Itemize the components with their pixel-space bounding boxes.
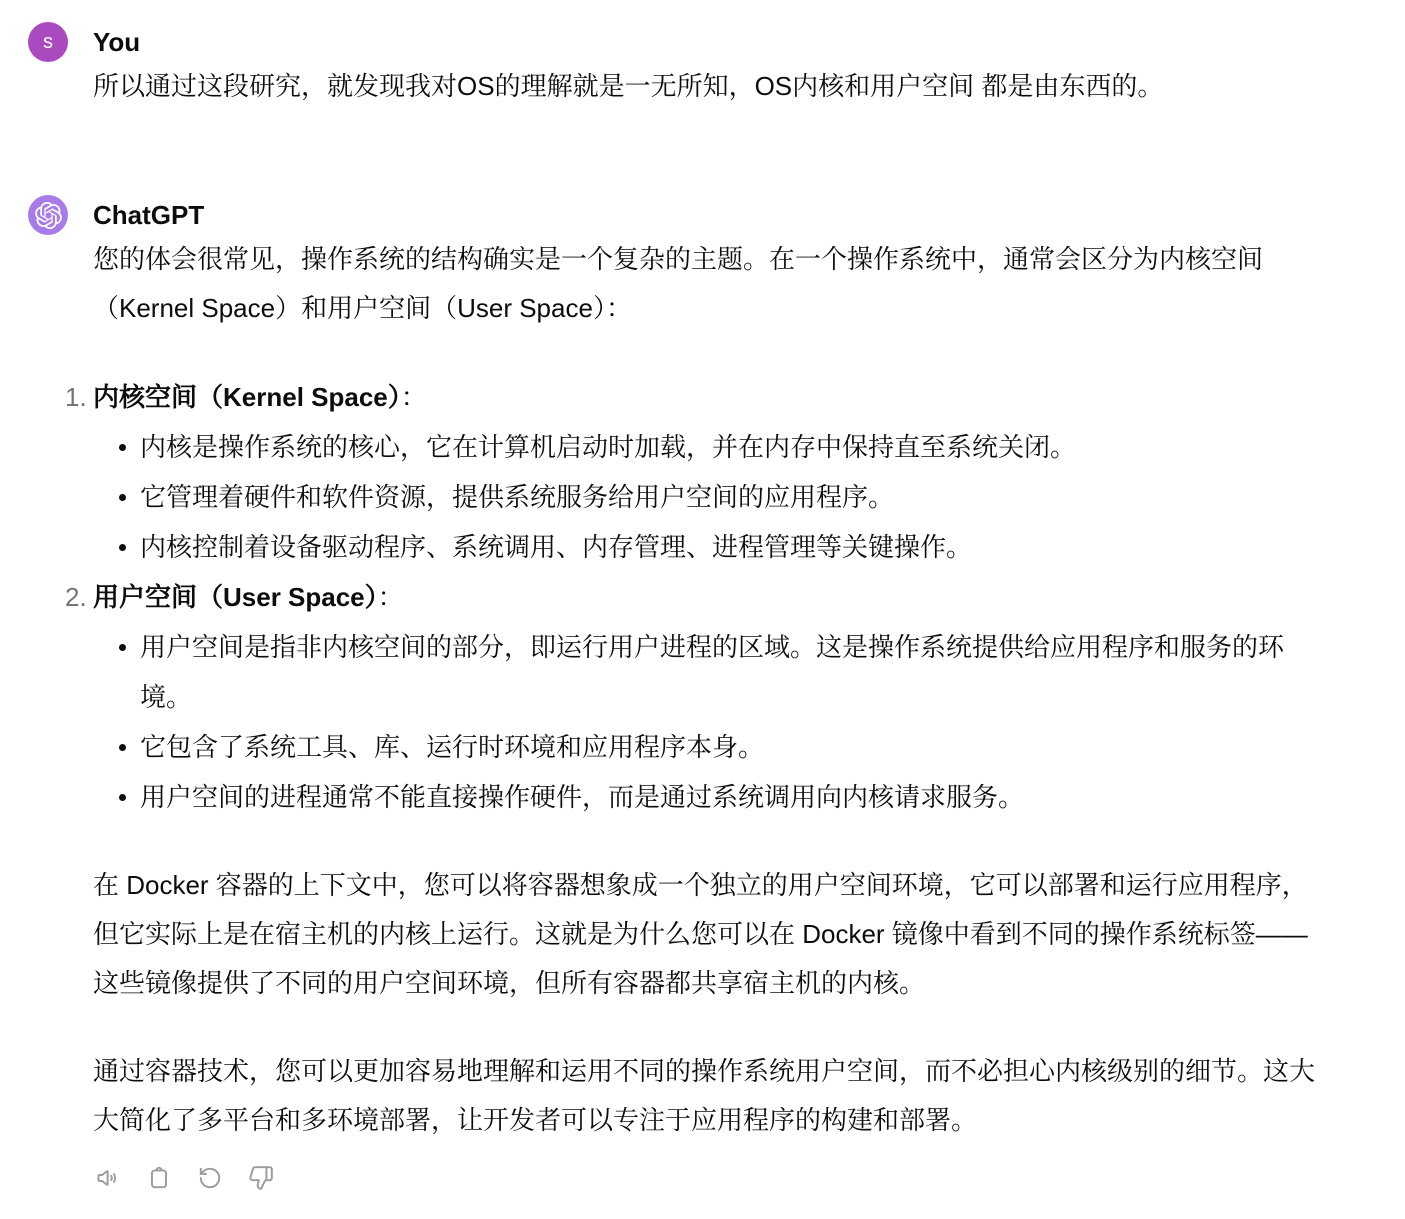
bullet-item: 用户空间是指非内核空间的部分，即运行用户进程的区域。这是操作系统提供给应用程序和… [140, 622, 1333, 722]
user-message-text: 所以通过这段研究，就发现我对OS的理解就是一无所知，OS内核和用户空间 都是由东… [93, 62, 1333, 111]
list-title-bold: 内核空间（Kernel Space） [93, 382, 401, 412]
bad-response-button[interactable] [248, 1165, 274, 1191]
bullet-item: 它管理着硬件和软件资源，提供系统服务给用户空间的应用程序。 [140, 472, 1333, 522]
list-number: 1. [65, 372, 87, 422]
rotate-ccw-icon [197, 1165, 223, 1191]
bullet-item: 内核是操作系统的核心，它在计算机启动时加载，并在内存中保持直至系统关闭。 [140, 422, 1333, 472]
user-avatar-letter: s [43, 32, 53, 52]
message-actions [95, 1165, 1333, 1191]
user-space-bullets: 用户空间是指非内核空间的部分，即运行用户进程的区域。这是操作系统提供给应用程序和… [93, 622, 1333, 822]
openai-logo-icon [35, 202, 62, 229]
assistant-name: ChatGPT [93, 195, 1333, 235]
assistant-paragraph-docker: 在 Docker 容器的上下文中，您可以将容器想象成一个独立的用户空间环境，它可… [93, 861, 1333, 1008]
speaker-icon [95, 1165, 121, 1191]
kernel-space-bullets: 内核是操作系统的核心，它在计算机启动时加载，并在内存中保持直至系统关闭。 它管理… [93, 422, 1333, 572]
chat-thread: s You 所以通过这段研究，就发现我对OS的理解就是一无所知，OS内核和用户空… [0, 0, 1405, 1191]
read-aloud-button[interactable] [95, 1165, 121, 1191]
regenerate-button[interactable] [197, 1165, 223, 1191]
list-title-bold: 用户空间（User Space） [93, 582, 378, 612]
bullet-item: 它包含了系统工具、库、运行时环境和应用程序本身。 [140, 722, 1333, 772]
user-message-content: You 所以通过这段研究，就发现我对OS的理解就是一无所知，OS内核和用户空间 … [93, 22, 1333, 111]
list-item-title: 2.用户空间（User Space）： [93, 572, 1333, 622]
bullet-item: 用户空间的进程通常不能直接操作硬件，而是通过系统调用向内核请求服务。 [140, 772, 1333, 822]
os-spaces-list: 1.内核空间（Kernel Space）： 内核是操作系统的核心，它在计算机启动… [93, 372, 1333, 822]
list-number: 2. [65, 572, 87, 622]
list-title-suffix: ： [401, 382, 427, 412]
assistant-paragraph-container: 通过容器技术，您可以更加容易地理解和运用不同的操作系统用户空间，而不必担心内核级… [93, 1047, 1333, 1145]
copy-button[interactable] [146, 1165, 172, 1191]
assistant-intro: 您的体会很常见，操作系统的结构确实是一个复杂的主题。在一个操作系统中，通常会区分… [93, 235, 1333, 333]
user-message: s You 所以通过这段研究，就发现我对OS的理解就是一无所知，OS内核和用户空… [28, 22, 1335, 111]
user-name: You [93, 22, 1333, 62]
list-item-user-space: 2.用户空间（User Space）： 用户空间是指非内核空间的部分，即运行用户… [93, 572, 1333, 822]
list-item-kernel-space: 1.内核空间（Kernel Space）： 内核是操作系统的核心，它在计算机启动… [93, 372, 1333, 572]
user-avatar: s [28, 22, 68, 62]
thumbs-down-icon [248, 1165, 274, 1191]
clipboard-icon [146, 1165, 172, 1191]
assistant-message: ChatGPT 您的体会很常见，操作系统的结构确实是一个复杂的主题。在一个操作系… [28, 195, 1335, 1191]
list-item-title: 1.内核空间（Kernel Space）： [93, 372, 1333, 422]
assistant-message-content: ChatGPT 您的体会很常见，操作系统的结构确实是一个复杂的主题。在一个操作系… [93, 195, 1333, 1191]
assistant-avatar [28, 195, 68, 235]
list-title-suffix: ： [378, 582, 404, 612]
bullet-item: 内核控制着设备驱动程序、系统调用、内存管理、进程管理等关键操作。 [140, 522, 1333, 572]
